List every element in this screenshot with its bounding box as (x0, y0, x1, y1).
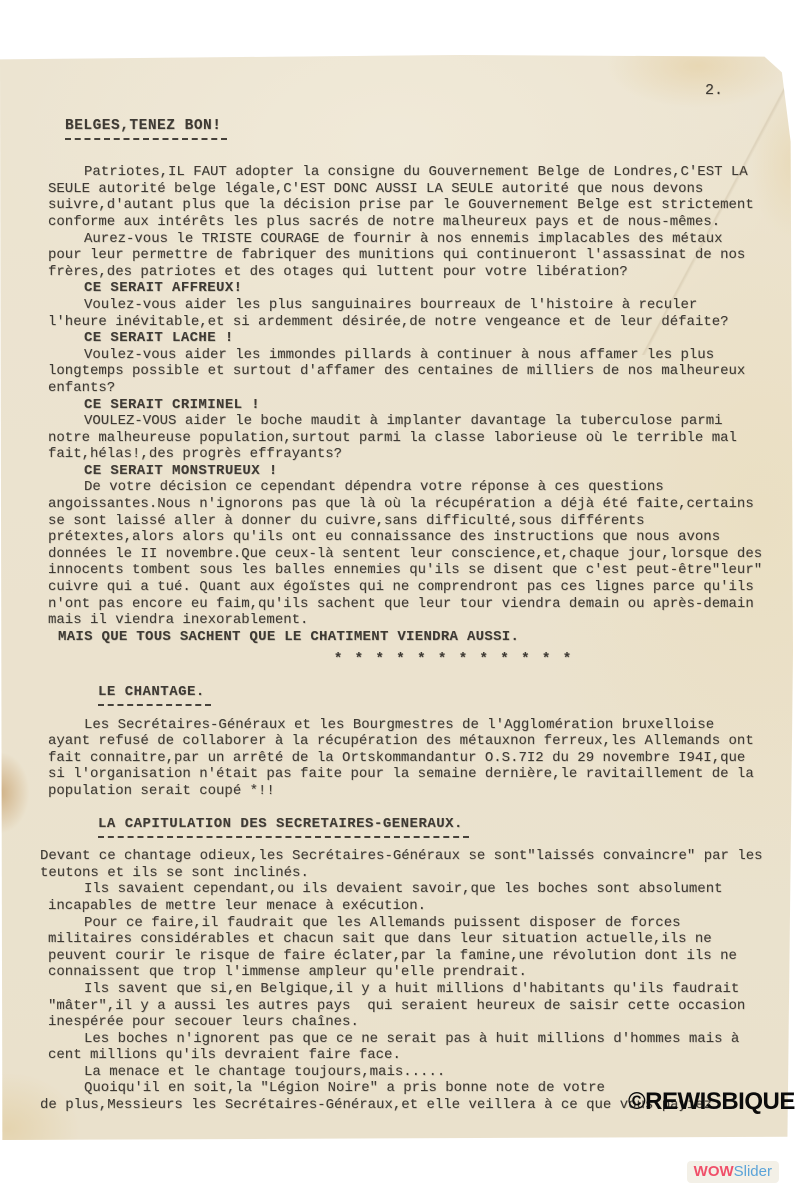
text-paragraph: Patriotes,IL FAUT adopter la consigne du… (48, 164, 763, 230)
wowslider-slider-text: Slider (734, 1163, 772, 1180)
text-paragraph: CE SERAIT AFFREUX! (48, 280, 763, 297)
document-body: Patriotes,IL FAUT adopter la consigne du… (48, 164, 763, 1113)
wowslider-wow-text: WOW (694, 1163, 734, 1180)
section-heading: LA CAPITULATION DES SECRETAIRES-GENERAUX… (98, 816, 763, 833)
text-paragraph: De votre décision ce cependant dépendra … (48, 479, 763, 628)
text-paragraph: CE SERAIT MONSTRUEUX ! (48, 463, 763, 480)
section-heading: LE CHANTAGE. (98, 684, 763, 701)
section-heading-text: LA CAPITULATION DES SECRETAIRES-GENERAUX… (98, 816, 469, 838)
page-number: 2. (48, 83, 763, 100)
text-paragraph: Les boches n'ignorent pas que ce ne sera… (48, 1031, 763, 1064)
text-paragraph: Voulez-vous aider les immondes pillards … (48, 347, 763, 397)
text-paragraph: Aurez-vous le TRISTE COURAGE de fournir … (48, 231, 763, 281)
text-paragraph: MAIS QUE TOUS SACHENT QUE LE CHATIMENT V… (48, 629, 763, 646)
document-content: 2. BELGES,TENEZ BON! Patriotes,IL FAUT a… (0, 55, 793, 1140)
text-paragraph: CE SERAIT LACHE ! (48, 330, 763, 347)
scanned-document-page: 2. BELGES,TENEZ BON! Patriotes,IL FAUT a… (0, 55, 793, 1140)
text-paragraph: CE SERAIT CRIMINEL ! (48, 397, 763, 414)
wowslider-badge[interactable]: WOWSlider (687, 1161, 779, 1183)
separator-asterisks: * * * * * * * * * * * * (48, 651, 763, 668)
text-paragraph: Voulez-vous aider les plus sanguinaires … (48, 297, 763, 330)
copyright-watermark: ©REWISBIQUE (628, 1088, 795, 1116)
section-heading-text: LE CHANTAGE. (98, 684, 211, 706)
document-title: BELGES,TENEZ BON! (65, 118, 763, 135)
text-paragraph: Ils savent que si,en Belgique,il y a hui… (48, 981, 763, 1031)
text-paragraph: Pour ce faire,il faudrait que les Allema… (48, 915, 763, 981)
text-paragraph: VOULEZ-VOUS aider le boche maudit à impl… (48, 413, 763, 463)
text-paragraph: La menace et le chantage toujours,mais..… (48, 1064, 763, 1081)
text-paragraph: Ils savaient cependant,ou ils devaient s… (48, 881, 763, 914)
text-paragraph: Les Secrétaires-Généraux et les Bourgmes… (48, 717, 763, 800)
document-title-text: BELGES,TENEZ BON! (65, 118, 227, 140)
text-paragraph: Devant ce chantage odieux,les Secrétaire… (40, 848, 763, 881)
